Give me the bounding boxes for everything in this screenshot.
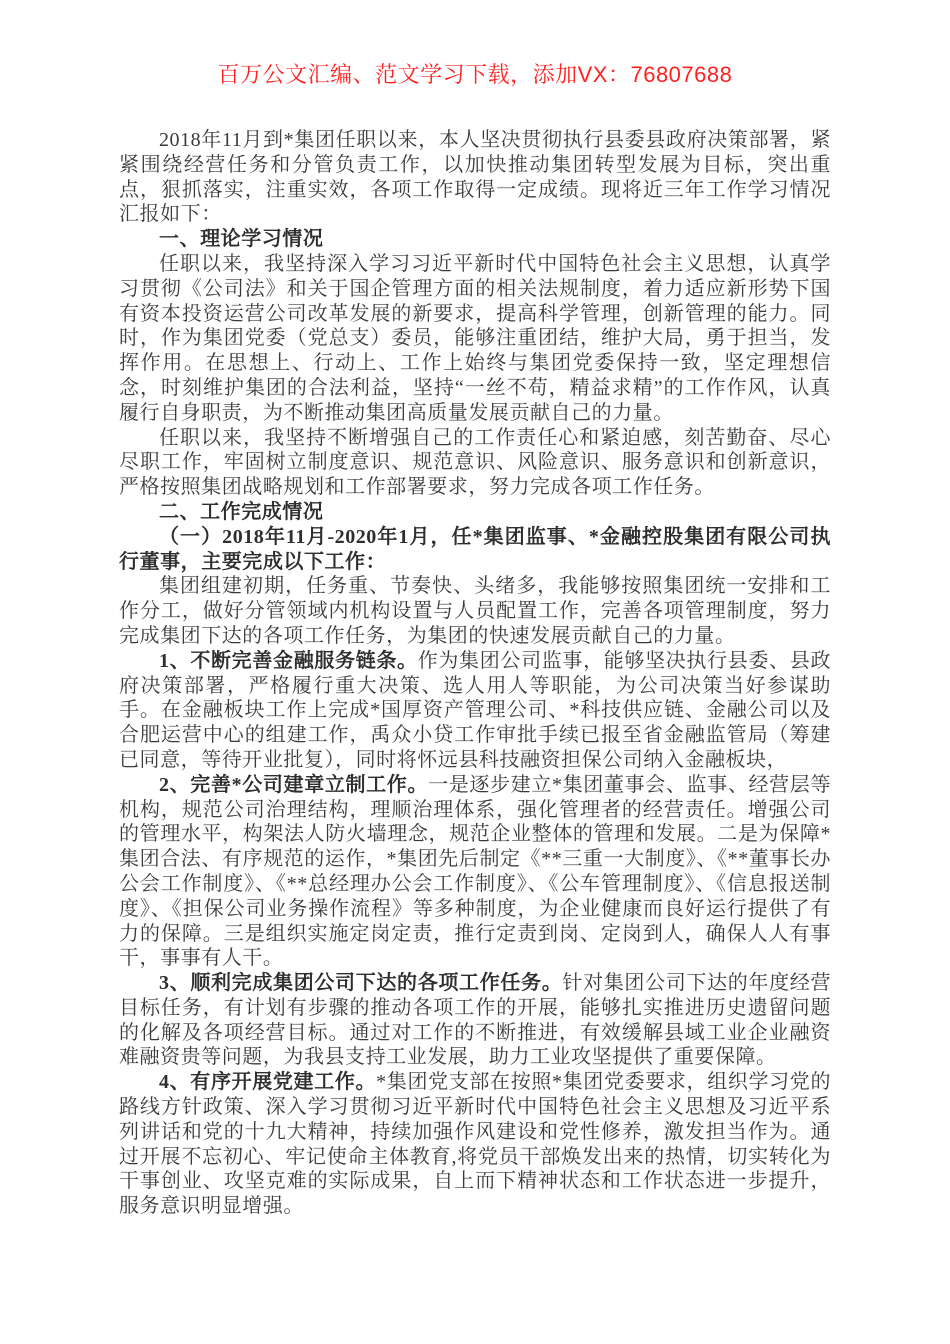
paragraph-theory-2: 任职以来，我坚持不断增强自己的工作责任心和紧迫感，刻苦勤奋、尽心尽职工作，牢固树… bbox=[119, 426, 831, 500]
task-4-lead: 4、有序开展党建工作。 bbox=[159, 1071, 376, 1093]
section-heading-work-completion: 二、工作完成情况 bbox=[119, 500, 831, 525]
paragraph-task-3: 3、顺利完成集团公司下达的各项工作任务。针对集团公司下达的年度经营目标任务，有计… bbox=[119, 971, 831, 1070]
document-page: 百万公文汇编、范文学习下载，添加VX：76807688 2018年11月到*集团… bbox=[0, 0, 950, 1344]
paragraph-task-4: 4、有序开展党建工作。*集团党支部在按照*集团党委要求，组织学习党的路线方针政策… bbox=[119, 1070, 831, 1219]
document-body: 2018年11月到*集团任职以来，本人坚决贯彻执行县委县政府决策部署，紧紧围绕经… bbox=[119, 128, 831, 1219]
task-1-lead: 1、不断完善金融服务链条。 bbox=[159, 650, 418, 672]
paragraph-initial-stage: 集团组建初期，任务重、节奏快、头绪多，我能够按照集团统一安排和工作分工，做好分管… bbox=[119, 574, 831, 648]
task-2-lead: 2、完善*公司建章立制工作。 bbox=[159, 774, 428, 796]
subheading-tenure-period: （一）2018年11月-2020年1月，任*集团监事、*金融控股集团有限公司执行… bbox=[119, 525, 831, 575]
task-3-lead: 3、顺利完成集团公司下达的各项工作任务。 bbox=[159, 972, 562, 994]
paragraph-theory-1: 任职以来，我坚持深入学习习近平新时代中国特色社会主义思想，认真学习贯彻《公司法》… bbox=[119, 252, 831, 426]
header-notice: 百万公文汇编、范文学习下载，添加VX：76807688 bbox=[0, 0, 950, 90]
task-2-text: 一是逐步建立*集团董事会、监事、经营层等机构，规范公司治理结构，理顺治理体系，强… bbox=[119, 774, 831, 970]
paragraph-task-1: 1、不断完善金融服务链条。作为集团公司监事，能够坚决执行县委、县政府决策部署，严… bbox=[119, 649, 831, 773]
paragraph-task-2: 2、完善*公司建章立制工作。一是逐步建立*集团董事会、监事、经营层等机构，规范公… bbox=[119, 773, 831, 971]
section-heading-theory-study: 一、理论学习情况 bbox=[119, 227, 831, 252]
paragraph-opening: 2018年11月到*集团任职以来，本人坚决贯彻执行县委县政府决策部署，紧紧围绕经… bbox=[119, 128, 831, 227]
